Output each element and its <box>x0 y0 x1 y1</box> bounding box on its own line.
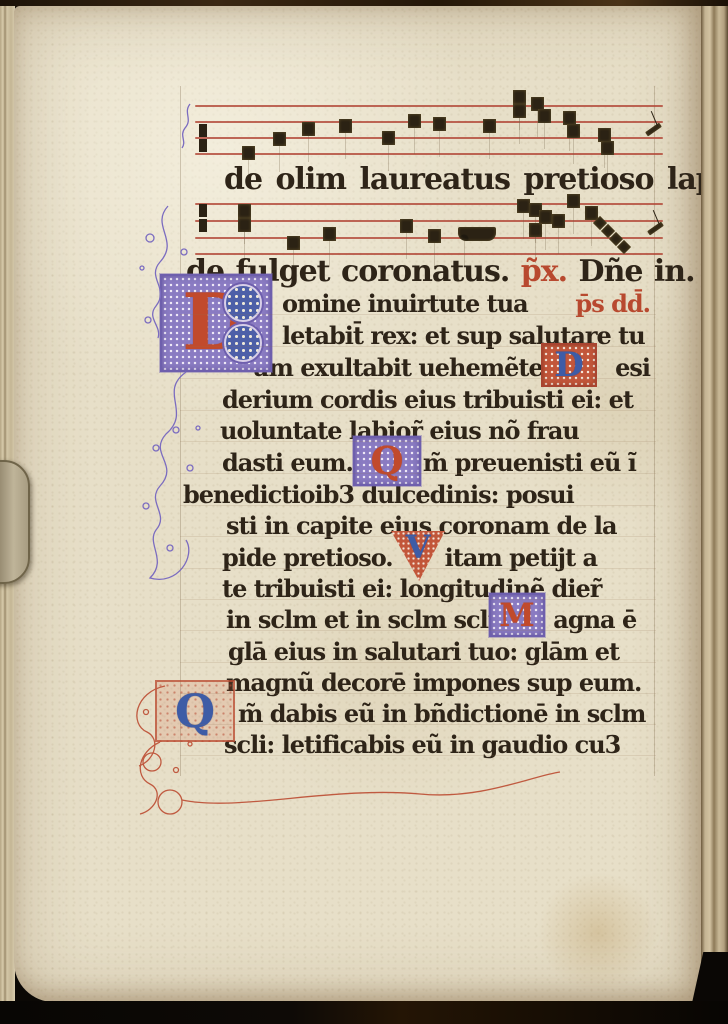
ruling-line <box>180 346 656 347</box>
neume-note <box>408 114 421 128</box>
music-staff-1 <box>195 94 663 172</box>
neume-note <box>287 236 300 250</box>
ruling-line <box>180 441 656 442</box>
neume-note <box>513 90 526 104</box>
ruling-line <box>180 662 656 663</box>
ruling-vertical-left <box>180 86 181 776</box>
initial-letter: Q <box>175 688 215 734</box>
manuscript-photo: { "document": { "type": "illuminated-man… <box>0 0 728 1024</box>
lyric-segment: p̃x. <box>521 254 579 289</box>
neume-note <box>273 132 286 146</box>
neume-note <box>428 229 441 243</box>
neume-note <box>567 124 580 138</box>
initial-letter: D <box>554 348 583 382</box>
illuminated-initial-D: D <box>541 343 597 387</box>
initial-letter: M <box>499 599 534 631</box>
clef-icon <box>199 219 207 232</box>
staff-line <box>195 121 663 123</box>
staff-line <box>195 137 663 139</box>
lyric-line-1: de olim laureatus pretioso lapi <box>224 162 726 197</box>
initial-ornament-circle <box>224 284 262 322</box>
illuminated-initial-Q: Q <box>353 436 421 486</box>
ruling-line <box>180 724 656 725</box>
initial-ornament-circle <box>224 324 262 362</box>
staff-line <box>195 153 663 155</box>
neume-note <box>458 227 496 241</box>
initial-letter: Q <box>370 442 403 480</box>
illuminated-initial-D: D <box>160 274 272 372</box>
book-bottom-edge <box>0 1001 728 1024</box>
neume-note <box>339 119 352 133</box>
neume-note <box>238 204 251 218</box>
parchment-page: de olim laureatus pretioso lapi de fulge… <box>14 6 701 1002</box>
neume-note <box>382 131 395 145</box>
clef-icon <box>199 204 207 217</box>
clef-icon <box>199 139 207 152</box>
neume-note <box>601 141 614 155</box>
neume-note <box>433 117 446 131</box>
neume-note <box>302 122 315 136</box>
lyric-segment: de olim laureatus pretioso lapi <box>224 162 726 197</box>
neume-note <box>242 146 255 160</box>
neume-note <box>400 219 413 233</box>
ruling-line <box>180 599 656 600</box>
staff-line <box>195 105 663 107</box>
lyric-segment: Dñe in. <box>579 254 695 289</box>
ruling-line <box>180 693 656 694</box>
custos-mark <box>645 123 662 137</box>
ruling-line <box>180 314 656 315</box>
custos-mark <box>647 222 664 236</box>
ruling-line <box>180 473 656 474</box>
ruling-line <box>180 378 656 379</box>
neume-note <box>538 109 551 123</box>
clef-icon <box>199 124 207 137</box>
leather-index-tab <box>0 460 30 584</box>
book-fore-edge <box>701 6 728 962</box>
neume-note <box>323 227 336 241</box>
neume-note <box>552 214 565 228</box>
ruling-line <box>180 568 656 569</box>
ruling-line <box>180 505 656 506</box>
neume-note <box>598 128 611 142</box>
ruling-line <box>180 755 656 756</box>
ruling-line <box>180 410 656 411</box>
neume-note <box>529 223 542 237</box>
ruling-line <box>180 536 656 537</box>
neume-note <box>563 111 576 125</box>
neume-note <box>539 210 552 224</box>
neume-note <box>513 104 526 118</box>
staff-line <box>195 203 663 205</box>
neume-note <box>483 119 496 133</box>
illuminated-initial-Q: Q <box>155 680 235 742</box>
ruling-line <box>180 630 656 631</box>
neume-note <box>238 218 251 232</box>
